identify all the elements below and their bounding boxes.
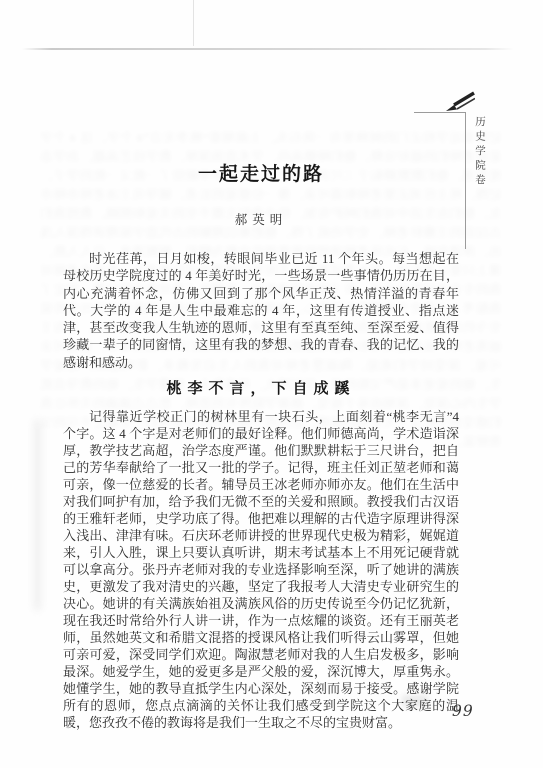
section-heading: 桃李不言，下自成蹊	[63, 377, 459, 398]
scan-artifact-smudge	[34, 420, 41, 610]
article-author: 郝英明	[63, 210, 459, 228]
scan-artifact-top-line	[22, 48, 514, 50]
scanned-book-page: 记得靠近学校正门的树林里有一块石头，上面刻着“桃李无言”4 个字。这 4 个字是…	[0, 0, 543, 768]
paragraph-intro: 时光荏苒，日月如梭，转眼间毕业已近 11 个年头。每当想起在母校历史学院度过的 …	[63, 250, 459, 371]
paragraph-section: 记得靠近学校正门的树林里有一块石头，上面刻着“桃李无言”4 个字。这 4 个字是…	[63, 408, 459, 731]
article-title: 一起走过的路	[63, 159, 459, 186]
pencil-icon	[441, 90, 475, 114]
volume-label-vertical: 历史学院卷	[470, 116, 488, 266]
corner-rule-vertical	[465, 112, 466, 249]
scan-artifact-vertical-line	[193, 0, 194, 46]
page-number: 99	[452, 702, 474, 720]
